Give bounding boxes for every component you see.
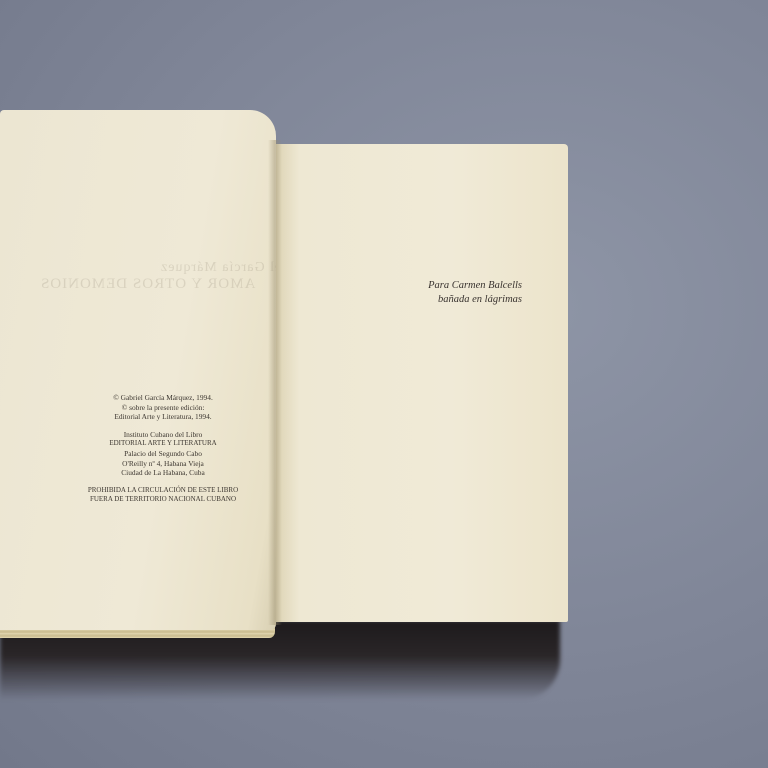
notice-line: PROHIBIDA LA CIRCULACIÓN DE ESTE LIBRO (78, 486, 248, 496)
publisher-line: Instituto Cubano del Libro (78, 430, 248, 440)
dedication-line: bañada en lágrimas (380, 293, 522, 307)
copyright-line: © Gabriel García Márquez, 1994. (78, 393, 248, 403)
left-page: Gabriel García Márquez AMOR Y OTROS DEMO… (0, 110, 276, 630)
publisher-line: Palacio del Segundo Cabo (78, 449, 248, 459)
publisher-line: Ciudad de La Habana, Cuba (78, 468, 248, 478)
publisher-line: O'Reilly nº 4, Habana Vieja (78, 459, 248, 469)
publisher-line: EDITORIAL ARTE Y LITERATURA (78, 439, 248, 449)
copyright-line: Editorial Arte y Literatura, 1994. (78, 412, 248, 422)
show-through-title: AMOR Y OTROS DEMONIOS (40, 276, 255, 293)
book-gutter (268, 140, 282, 625)
right-page (276, 144, 568, 622)
dedication-line: Para Carmen Balcells (380, 279, 522, 293)
copyright-imprint: © Gabriel García Márquez, 1994. © sobre … (78, 393, 248, 505)
dedication: Para Carmen Balcells bañada en lágrimas (380, 279, 522, 307)
notice-line: FUERA DE TERRITORIO NACIONAL CUBANO (78, 495, 248, 505)
photo-scene: Gabriel García Márquez AMOR Y OTROS DEMO… (0, 0, 768, 768)
copyright-line: © sobre la presente edición: (78, 403, 248, 413)
